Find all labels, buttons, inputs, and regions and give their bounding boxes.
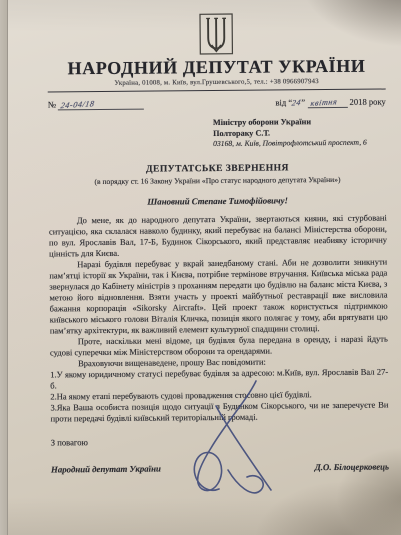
paper-edge <box>0 0 8 535</box>
recipient-block: Міністру оборони України Полтораку С.Т. … <box>213 117 386 150</box>
letterhead-title: НАРОДНИЙ ДЕПУТАТ УКРАЇНИ <box>47 56 385 80</box>
reference-date: від “24” квітня 2018 року <box>275 97 385 109</box>
date-year: 2018 року <box>349 97 385 107</box>
handwritten-month: квітня <box>310 97 338 108</box>
signer-name: Д.О. Білоцерковець <box>315 461 389 472</box>
appeal-subtitle: (в порядку ст. 16 Закону України «Про ст… <box>48 174 386 186</box>
reference-row: № 24-04/18 від “24” квітня 2018 року <box>48 97 386 111</box>
appeal-title: ДЕПУТАТСЬКЕ ЗВЕРНЕННЯ <box>48 161 386 175</box>
paragraph: Проте, наскільки мені відоме, ця будівля… <box>50 333 388 358</box>
list-item: 1.У якому юридичному статусі перебуває б… <box>50 366 388 391</box>
subject-block: ДЕПУТАТСЬКЕ ЗВЕРНЕННЯ (в порядку ст. 16 … <box>48 161 386 207</box>
reference-number: № 24-04/18 <box>48 99 144 111</box>
letter-body: До мене, як до народного депутата Україн… <box>49 212 389 424</box>
paragraph: Наразі будівля перебуває у вкрай занедба… <box>49 256 388 336</box>
letterhead-divider <box>48 89 386 93</box>
closing-regards: З повагою <box>51 434 389 447</box>
signature-row: Народний депутат України Д.О. Білоцерков… <box>51 461 389 474</box>
handwritten-number: 24-04/18 <box>60 99 95 110</box>
date-quote: ” <box>301 97 305 107</box>
recipient-address: 03168, м. Київ, Повітрофлотський проспек… <box>213 138 386 150</box>
date-prefix: від “ <box>275 97 292 107</box>
list-item: 3.Яка Ваша особиста позиція щодо ситуаці… <box>50 399 388 424</box>
number-blank-line: 24-04/18 <box>58 99 144 111</box>
signer-position: Народний депутат України <box>51 463 161 474</box>
document-page: НАРОДНИЙ ДЕПУТАТ УКРАЇНИ Україна, 01008,… <box>7 0 401 535</box>
ukraine-trident-emblem <box>199 13 233 55</box>
month-blank-line: квітня <box>307 97 347 108</box>
letter-content: НАРОДНИЙ ДЕПУТАТ УКРАЇНИ Україна, 01008,… <box>47 9 389 475</box>
number-label: № <box>48 99 56 109</box>
salutation: Шановний Степане Тимофійовичу! <box>49 194 387 207</box>
paragraph: До мене, як до народного депутата Україн… <box>49 212 387 259</box>
